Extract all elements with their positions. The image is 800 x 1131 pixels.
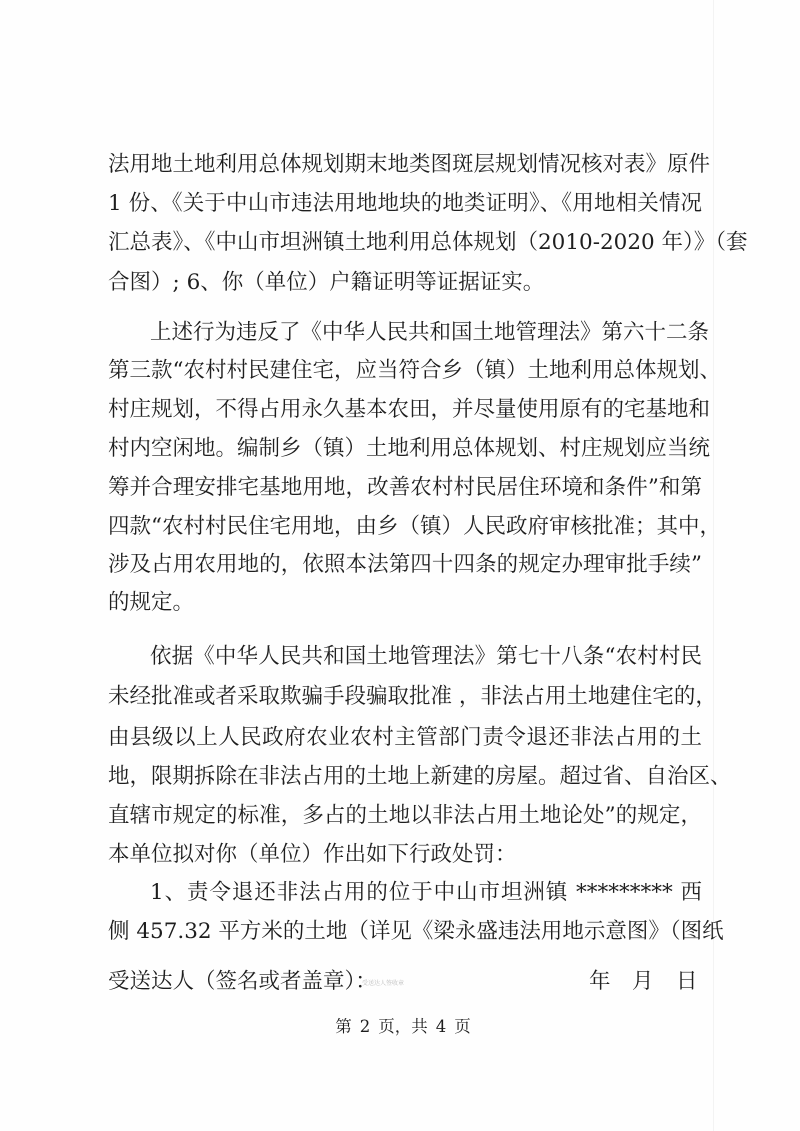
text-line: 侧 457.32 平方米的土地（详见《梁永盛违法用地示意图》（图纸 [108,917,702,947]
text-line: 村庄规划，不得占用永久基本农田，并尽量使用原有的宅基地和 [108,395,702,425]
footer-suffix: 页 [454,1013,471,1041]
text-line: 本单位拟对你（单位）作出如下行政处罚： [108,840,702,870]
document-page: 法用地土地利用总体规划期末地类图斑层规划情况核对表》原件 1 份、《关于中山市违… [0,0,800,1131]
current-page-number: 2 [360,1013,371,1041]
text-line: 由县级以上人民政府农业农村主管部门责令退还非法占用的土 [108,723,702,753]
text-line: 的规定。 [108,588,702,618]
text-line: 第三款“农村村民建住宅，应当符合乡（镇）土地利用总体规划、 [108,356,702,386]
recipient-signature-label: 受送达人（签名或者盖章）： [108,967,377,997]
recipient-stamp-note: 受送达人签收章 [362,969,404,999]
text-line: 法用地土地利用总体规划期末地类图斑层规划情况核对表》原件 [108,150,702,180]
date-month-label: 月 [632,967,654,997]
page-number-footer: 第2页，共4页 [0,1013,800,1041]
text-line: 村内空闲地。编制乡（镇）土地利用总体规划、村庄规划应当统 [108,434,702,464]
footer-prefix: 第 [335,1013,352,1041]
text-line: 上述行为违反了《中华人民共和国土地管理法》第六十二条 [150,318,702,348]
text-line: 合图）; 6、你（单位）户籍证明等证据证实。 [108,268,702,298]
text-line: 筹并合理安排宅基地用地，改善农村村民居住环境和条件”和第 [108,473,702,503]
text-line: 地，限期拆除在非法占用的土地上新建的房屋。超过省、自治区、 [108,762,702,792]
text-line: 1、责令退还非法占用的位于中山市坦洲镇 ********* 西 [150,878,702,908]
text-line: 涉及占用农用地的，依照本法第四十四条的规定办理审批手续” [108,550,702,580]
text-line: 未经批准或者采取欺骗手段骗取批准 ，非法占用土地建住宅的， [108,682,702,712]
date-year-label: 年 [589,967,611,997]
text-line: 依据《中华人民共和国土地管理法》第七十八条“农村村民 [150,642,702,672]
footer-mid: 页，共 [378,1013,428,1041]
text-line: 四款“农村村民住宅用地，由乡（镇）人民政府审核批准；其中， [108,512,702,542]
scan-edge-line [713,0,714,1131]
text-line: 汇总表》、《中山市坦洲镇土地利用总体规划（2010-2020 年）》（套 [108,228,702,258]
text-line: 1 份、《关于中山市违法用地地块的地类证明》、《用地相关情况 [108,189,702,219]
total-pages-number: 4 [436,1013,447,1041]
text-line: 直辖市规定的标准，多占的土地以非法占用土地论处”的规定， [108,801,702,831]
signature-row: 受送达人（签名或者盖章）： 受送达人签收章 年 月 日 [108,967,702,997]
date-day-label: 日 [676,967,698,997]
